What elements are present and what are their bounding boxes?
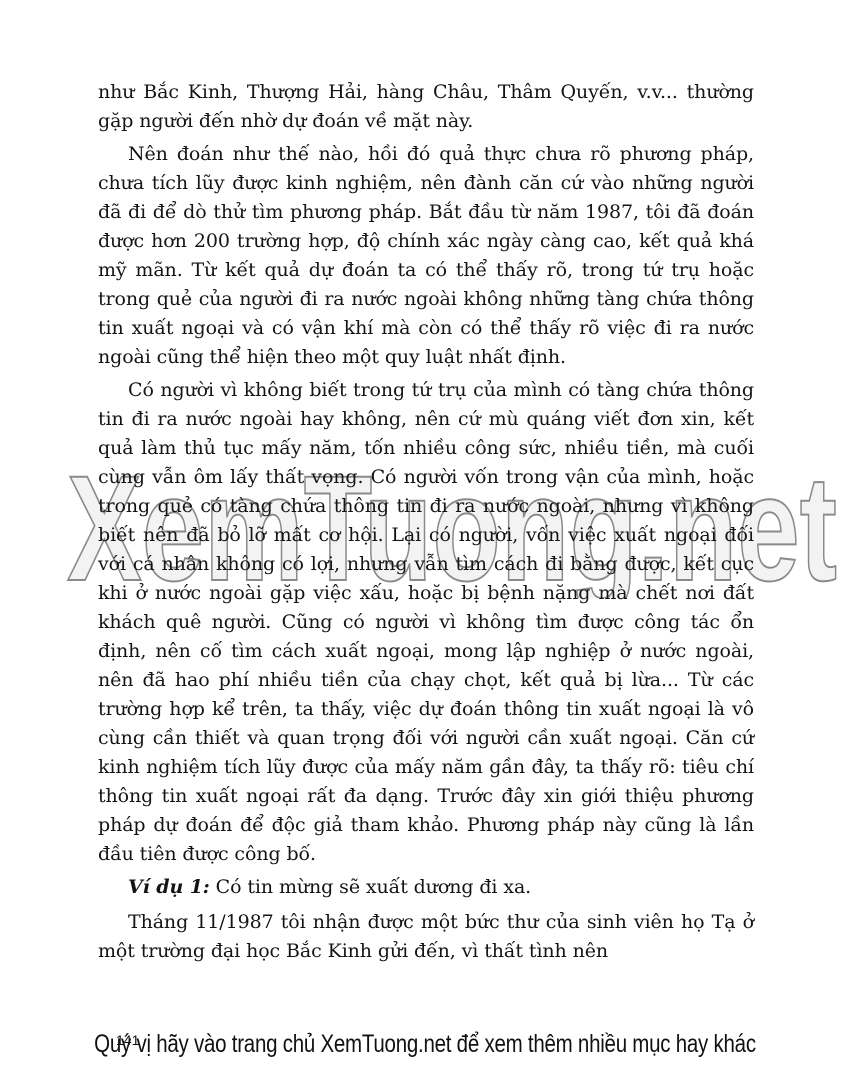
example-heading: Ví dụ 1: Có tin mừng sẽ xuất dương đi xa… bbox=[98, 873, 754, 902]
paragraph: Tháng 11/1987 tôi nhận được một bức thư … bbox=[98, 908, 754, 966]
example-label: Ví dụ 1: bbox=[128, 876, 210, 898]
document-page: như Bắc Kinh, Thượng Hải, hàng Châu, Thâ… bbox=[98, 78, 754, 970]
page-number: 141 bbox=[116, 1032, 139, 1048]
footer-banner: Quý vị hãy vào trang chủ XemTuong.net để… bbox=[77, 1030, 774, 1059]
example-text: Có tin mừng sẽ xuất dương đi xa. bbox=[210, 876, 531, 898]
paragraph: Nên đoán như thế nào, hồi đó quả thực ch… bbox=[98, 140, 754, 372]
paragraph-continuation: như Bắc Kinh, Thượng Hải, hàng Châu, Thâ… bbox=[98, 78, 754, 136]
paragraph: Có người vì không biết trong tứ trụ của … bbox=[98, 376, 754, 869]
